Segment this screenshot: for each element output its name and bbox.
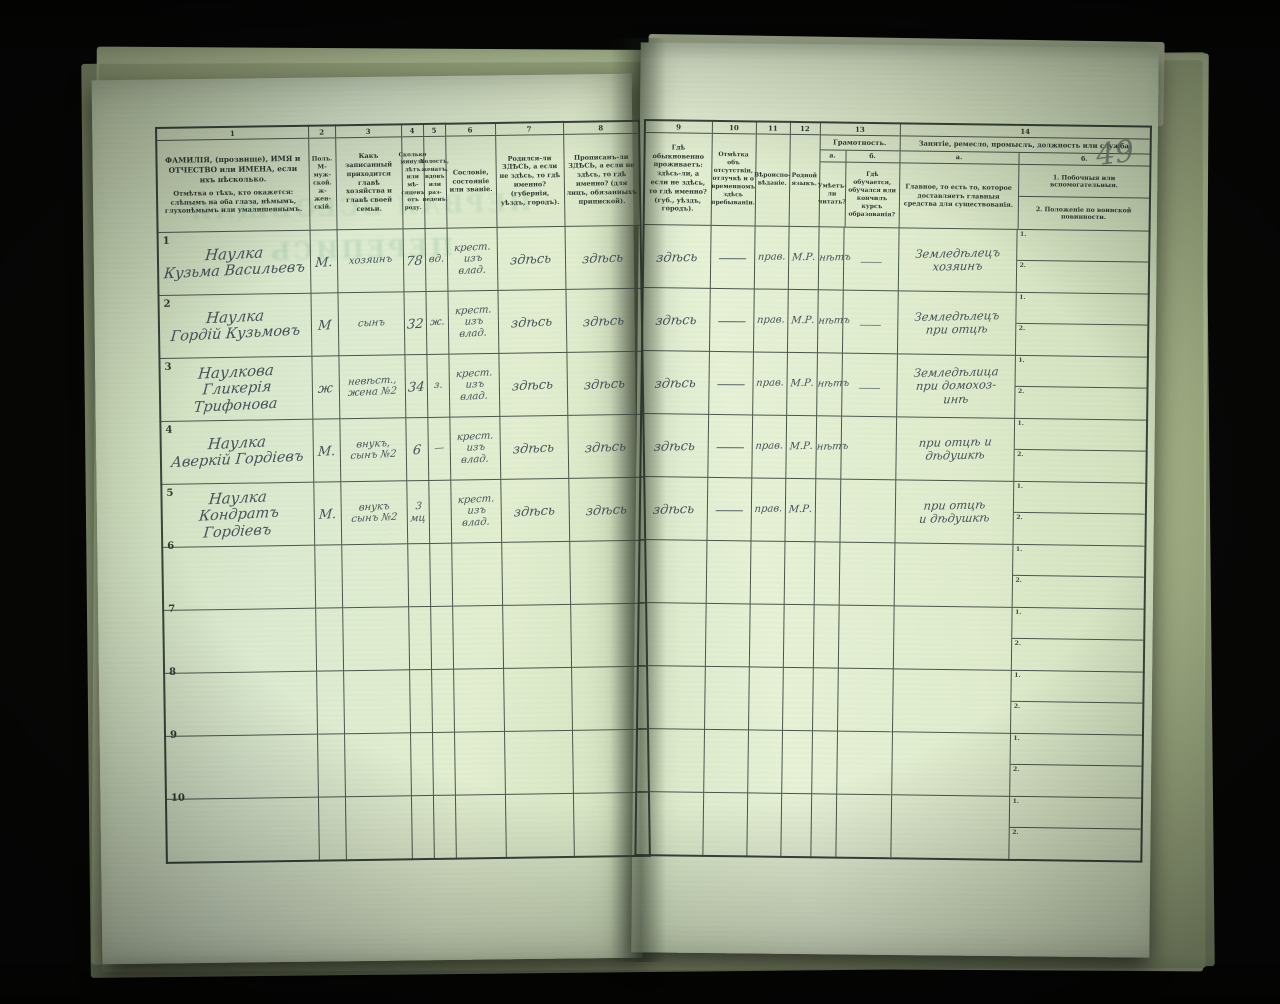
table-row: 2НаулкаГордій Кузьмовъ М сынъ 32 ж. крес… [158, 288, 642, 358]
table-row: 6 [162, 540, 646, 610]
cell-relation [343, 670, 410, 734]
cell-marital [429, 543, 452, 606]
cell-education: — [842, 290, 898, 354]
cell-relation: внукъсынъ №2 [340, 481, 407, 545]
cell-registered: здѣсь [567, 414, 644, 478]
cell-registered: здѣсь [565, 225, 642, 289]
cell-side-occupation: 1.2. [1010, 670, 1144, 735]
cell-sex: ж [311, 356, 339, 419]
table-row: здѣсь — прав. М.Р. нѣтъ при отцѣ идѣдушк… [640, 413, 1147, 483]
cell-name: 4НаулкаАверкій Гордіевъ [160, 419, 313, 484]
cell-age [408, 606, 431, 669]
cell-language [781, 730, 812, 793]
cell-born [501, 541, 570, 605]
cell-resides [639, 539, 707, 603]
cell-religion: прав. [754, 226, 789, 289]
cell-born: здѣсь [499, 415, 568, 479]
cell-estate: крест.изъ влад. [447, 290, 498, 354]
cell-sex: М. [310, 230, 338, 293]
cell-name: 2НаулкаГордій Кузьмовъ [158, 293, 311, 358]
cell-relation: невѣст.,жена №2 [338, 355, 405, 419]
cell-born [505, 793, 574, 857]
cell-estate [454, 731, 505, 795]
cell-religion [750, 541, 785, 604]
military-status-2: 2. [1016, 261, 1148, 294]
cell-age: 32 [403, 292, 426, 355]
header-row: 1ФАМИЛІЯ, (прозвище), ИМЯ и ОТЧЕСТВО или… [156, 121, 640, 233]
cell-born [504, 730, 573, 794]
cell-resides: здѣсь [643, 225, 711, 289]
page-number: 49 [1094, 134, 1136, 173]
cell-registered [570, 603, 647, 667]
table-row: 1.2. [639, 539, 1146, 609]
cell-marital: — [427, 417, 450, 480]
cell-estate [451, 542, 502, 606]
cell-registered [569, 540, 646, 604]
cell-relation: сынъ [337, 292, 404, 356]
cell-marital: з. [426, 354, 449, 417]
cell-reads [814, 479, 840, 542]
cell-occupation [892, 669, 1011, 734]
cell-age: 3 мц [406, 480, 429, 543]
cell-side-occupation: 1.2. [1008, 796, 1142, 861]
cell-absence [702, 792, 747, 856]
cell-relation [344, 733, 411, 797]
col-header-relation: 3Какъ записанный приходится главѣ хозяйс… [335, 124, 403, 229]
cell-occupation [893, 606, 1012, 671]
cell-relation [342, 607, 409, 671]
cell-registered: здѣсь [566, 351, 643, 415]
table-row: 9 [165, 729, 649, 799]
cell-language [783, 604, 814, 667]
cell-marital [432, 732, 455, 795]
cell-relation [341, 544, 408, 608]
table-row: здѣсь — прав. М.Р. нѣтъ — Земледѣлицапри… [641, 350, 1148, 420]
census-table-right: 9Гдѣ обыкновенно проживаетъ: здѣсь-ли, а… [634, 119, 1152, 863]
col-header-estate: 6Сословіе, состояніе или званіе. [445, 123, 497, 228]
cell-absence [705, 603, 750, 667]
cell-reads [813, 605, 839, 668]
cell-age [407, 543, 430, 606]
cell-education [839, 542, 895, 606]
cell-language: М.Р. [786, 352, 817, 415]
cell-marital [431, 669, 454, 732]
table-row: 4НаулкаАверкій Гордіевъ М. внукъ,сынъ №2… [160, 414, 644, 484]
cell-sex [317, 734, 345, 797]
cell-language: М.Р. [787, 289, 818, 352]
cell-sex [316, 671, 344, 734]
cell-side-occupation: 1.2. [1014, 355, 1148, 420]
cell-reads [811, 731, 837, 794]
cell-absence [703, 729, 748, 793]
cell-name: 1НаулкаКузьма Васильевъ [158, 230, 311, 295]
side-occupation-1: 1. [1017, 230, 1149, 263]
table-row: здѣсь — прав. М.Р. нѣтъ — Земледѣлецъхоз… [643, 225, 1150, 295]
cell-born [502, 604, 571, 668]
cell-estate: крест.изъ влад. [450, 479, 501, 543]
cell-education [839, 479, 895, 543]
cell-occupation [891, 732, 1010, 797]
cell-estate [452, 605, 503, 669]
col-header-absence: 10Отмѣтка объ отсутствіи, отлучкѣ и о вр… [711, 121, 756, 226]
table-row: 5НаулкаКондратъ Гордіевъ М. внукъсынъ №2… [161, 477, 645, 547]
cell-religion [747, 730, 782, 793]
cell-reads: нѣтъ [818, 227, 844, 290]
cell-absence: — [707, 414, 752, 478]
col-header-marital: 5Холостъ,женатъ,вдовъили раз-веденъ. [423, 124, 447, 229]
cell-education: — [843, 227, 899, 291]
cell-religion [746, 793, 781, 857]
cell-religion: прав. [750, 478, 785, 541]
cell-born: здѣсь [497, 226, 566, 290]
col-header-literacy: 13 Грамотность. а.Умѣетъ-личитать? б.Гдѣ… [819, 122, 900, 228]
cell-name: 9 [165, 734, 318, 799]
cell-sex [318, 797, 346, 860]
cell-education [835, 794, 891, 858]
cell-education [838, 605, 894, 669]
table-row: 10 [166, 792, 650, 862]
cell-resides [636, 728, 704, 792]
cell-occupation: Земледѣлецъхозяинъ [898, 228, 1017, 293]
cell-side-occupation: 1.2. [1011, 607, 1145, 672]
cell-absence [704, 666, 749, 730]
cell-side-occupation: 1.2. [1016, 229, 1150, 294]
cell-sex [314, 545, 342, 608]
cell-born: здѣсь [500, 478, 569, 542]
cell-language [780, 793, 811, 857]
col-header-registration: 8Прописанъ-ли ЗДѢСЬ, а если не здѣсь, то… [563, 121, 641, 227]
table-row: 1.2. [635, 791, 1142, 861]
cell-born [503, 667, 572, 731]
table-row: 1.2. [637, 665, 1144, 735]
cell-registered: здѣсь [565, 288, 642, 352]
cell-side-occupation: 1.2. [1015, 292, 1149, 357]
cell-side-occupation: 1.2. [1009, 733, 1143, 798]
col-header-age: 4Сколькоминулолѣтъили мѣ-сяцевъотъ роду. [401, 124, 425, 229]
col-header-sex: 2Полъ.М-муж-ской.ж-жен-скій. [308, 125, 337, 230]
col-header-residence: 9Гдѣ обыкновенно проживаетъ: здѣсь-ли, а… [644, 120, 712, 225]
cell-estate: крест.изъ влад. [448, 353, 499, 417]
cell-side-occupation: 1.2. [1012, 481, 1146, 546]
cell-born: здѣсь [498, 352, 567, 416]
cell-resides: здѣсь [642, 287, 710, 351]
cell-language [784, 541, 815, 604]
cell-reads [810, 794, 836, 858]
cell-name: 5НаулкаКондратъ Гордіевъ [161, 482, 314, 547]
row-number: 1 [163, 236, 170, 247]
col-header-religion: 11Вѣроиспо-вѣданіе. [755, 121, 790, 226]
cell-sex: М [310, 293, 338, 356]
cell-name: 8 [164, 671, 317, 736]
cell-absence: — [706, 477, 751, 541]
cell-relation: внукъ,сынъ №2 [339, 418, 406, 482]
cell-religion: прав. [752, 352, 787, 415]
cell-born: здѣсь [497, 289, 566, 353]
cell-marital: ж. [425, 291, 448, 354]
cell-resides: здѣсь [639, 476, 707, 540]
cell-occupation: Земледѣлицапри домохоз-инѣ [896, 354, 1015, 419]
cell-marital [428, 480, 451, 543]
cell-education [840, 416, 896, 480]
cell-religion: прав. [753, 289, 788, 352]
cell-name: 10 [166, 797, 319, 862]
cell-language [782, 667, 813, 730]
table-row: 1.2. [638, 602, 1145, 672]
cell-resides: здѣсь [640, 413, 708, 477]
cell-reads [812, 668, 838, 731]
cell-absence: — [710, 225, 755, 289]
cell-marital [430, 606, 453, 669]
table-row: 8 [164, 666, 648, 736]
cell-estate: крест.изъ влад. [447, 227, 498, 291]
cell-occupation [890, 795, 1009, 860]
cell-reads: нѣтъ [816, 353, 842, 416]
cell-estate [455, 794, 506, 858]
col-header-language: 12Роднойязыкъ. [789, 122, 820, 227]
table-row: 7 [163, 603, 647, 673]
cell-age [410, 732, 433, 795]
cell-language: М.Р. [785, 415, 816, 478]
cell-education [836, 731, 892, 795]
cell-reads [814, 542, 840, 605]
census-table-left: 1ФАМИЛІЯ, (прозвище), ИМЯ и ОТЧЕСТВО или… [155, 120, 651, 864]
cell-religion [748, 667, 783, 730]
cell-religion: прав. [751, 415, 786, 478]
cell-name: 3НаулковаГликерія Трифонова [159, 356, 312, 421]
book-photo: ПЕРВАЯ ВСЕОБЩАЯ ПЕРЕПИСЬ 1ФАМИЛІЯ, (проз… [0, 0, 1280, 1004]
cell-name: 7 [163, 608, 316, 673]
cell-age: 6 [405, 417, 428, 480]
table-row: здѣсь — прав. М.Р. при отцѣи дѣдушкѣ 1.2… [639, 476, 1146, 546]
cell-absence: — [708, 351, 753, 415]
cell-language: М.Р. [784, 478, 815, 541]
cell-resides [635, 791, 703, 855]
col-header-name: 1ФАМИЛІЯ, (прозвище), ИМЯ и ОТЧЕСТВО или… [156, 126, 310, 233]
cell-relation: хозяинъ [337, 229, 404, 293]
header-row: 9Гдѣ обыкновенно проживаетъ: здѣсь-ли, а… [644, 120, 1151, 231]
cell-registered: здѣсь [568, 477, 645, 541]
cell-reads: нѣтъ [815, 416, 841, 479]
cell-occupation [894, 543, 1013, 608]
cell-age [409, 669, 432, 732]
cell-age [411, 795, 434, 858]
cell-absence [706, 540, 751, 604]
cell-occupation: при отцѣи дѣдушкѣ [894, 480, 1013, 545]
table-row: здѣсь — прав. М.Р. нѣтъ — Земледѣлецъпри… [642, 287, 1149, 357]
cell-marital: вд. [425, 228, 448, 291]
cell-marital [433, 795, 456, 858]
cell-side-occupation: 1.2. [1012, 544, 1146, 609]
cell-resides: здѣсь [641, 350, 709, 414]
cell-name: 6 [162, 545, 315, 610]
cell-relation [345, 796, 412, 860]
cell-sex: М. [312, 419, 340, 482]
cell-age: 34 [404, 354, 427, 417]
cell-education: — [841, 353, 897, 417]
cell-side-occupation: 1.2. [1013, 418, 1147, 483]
cell-resides [638, 602, 706, 666]
table-row: 1НаулкаКузьма Васильевъ М. хозяинъ 78 вд… [158, 225, 642, 295]
cell-sex: М. [313, 482, 341, 545]
cell-resides [637, 665, 705, 729]
cell-religion [749, 604, 784, 667]
table-row: 3НаулковаГликерія Трифонова ж невѣст.,же… [159, 351, 643, 421]
cell-occupation: Земледѣлецъпри отцѣ [897, 291, 1016, 356]
cell-estate [453, 668, 504, 732]
cell-reads: нѣтъ [817, 290, 843, 353]
cell-sex [315, 608, 343, 671]
cell-absence: — [709, 288, 754, 352]
cell-age: 78 [403, 229, 426, 292]
col-header-birthplace: 7Родился-ли ЗДѢСЬ, а если не здѣсь, то г… [495, 122, 565, 227]
cell-occupation: при отцѣ идѣдушкѣ [895, 417, 1014, 482]
cell-education [837, 668, 893, 732]
table-row: 1.2. [636, 728, 1143, 798]
cell-estate: крест.изъ влад. [449, 416, 500, 480]
cell-language: М.Р. [788, 226, 819, 289]
